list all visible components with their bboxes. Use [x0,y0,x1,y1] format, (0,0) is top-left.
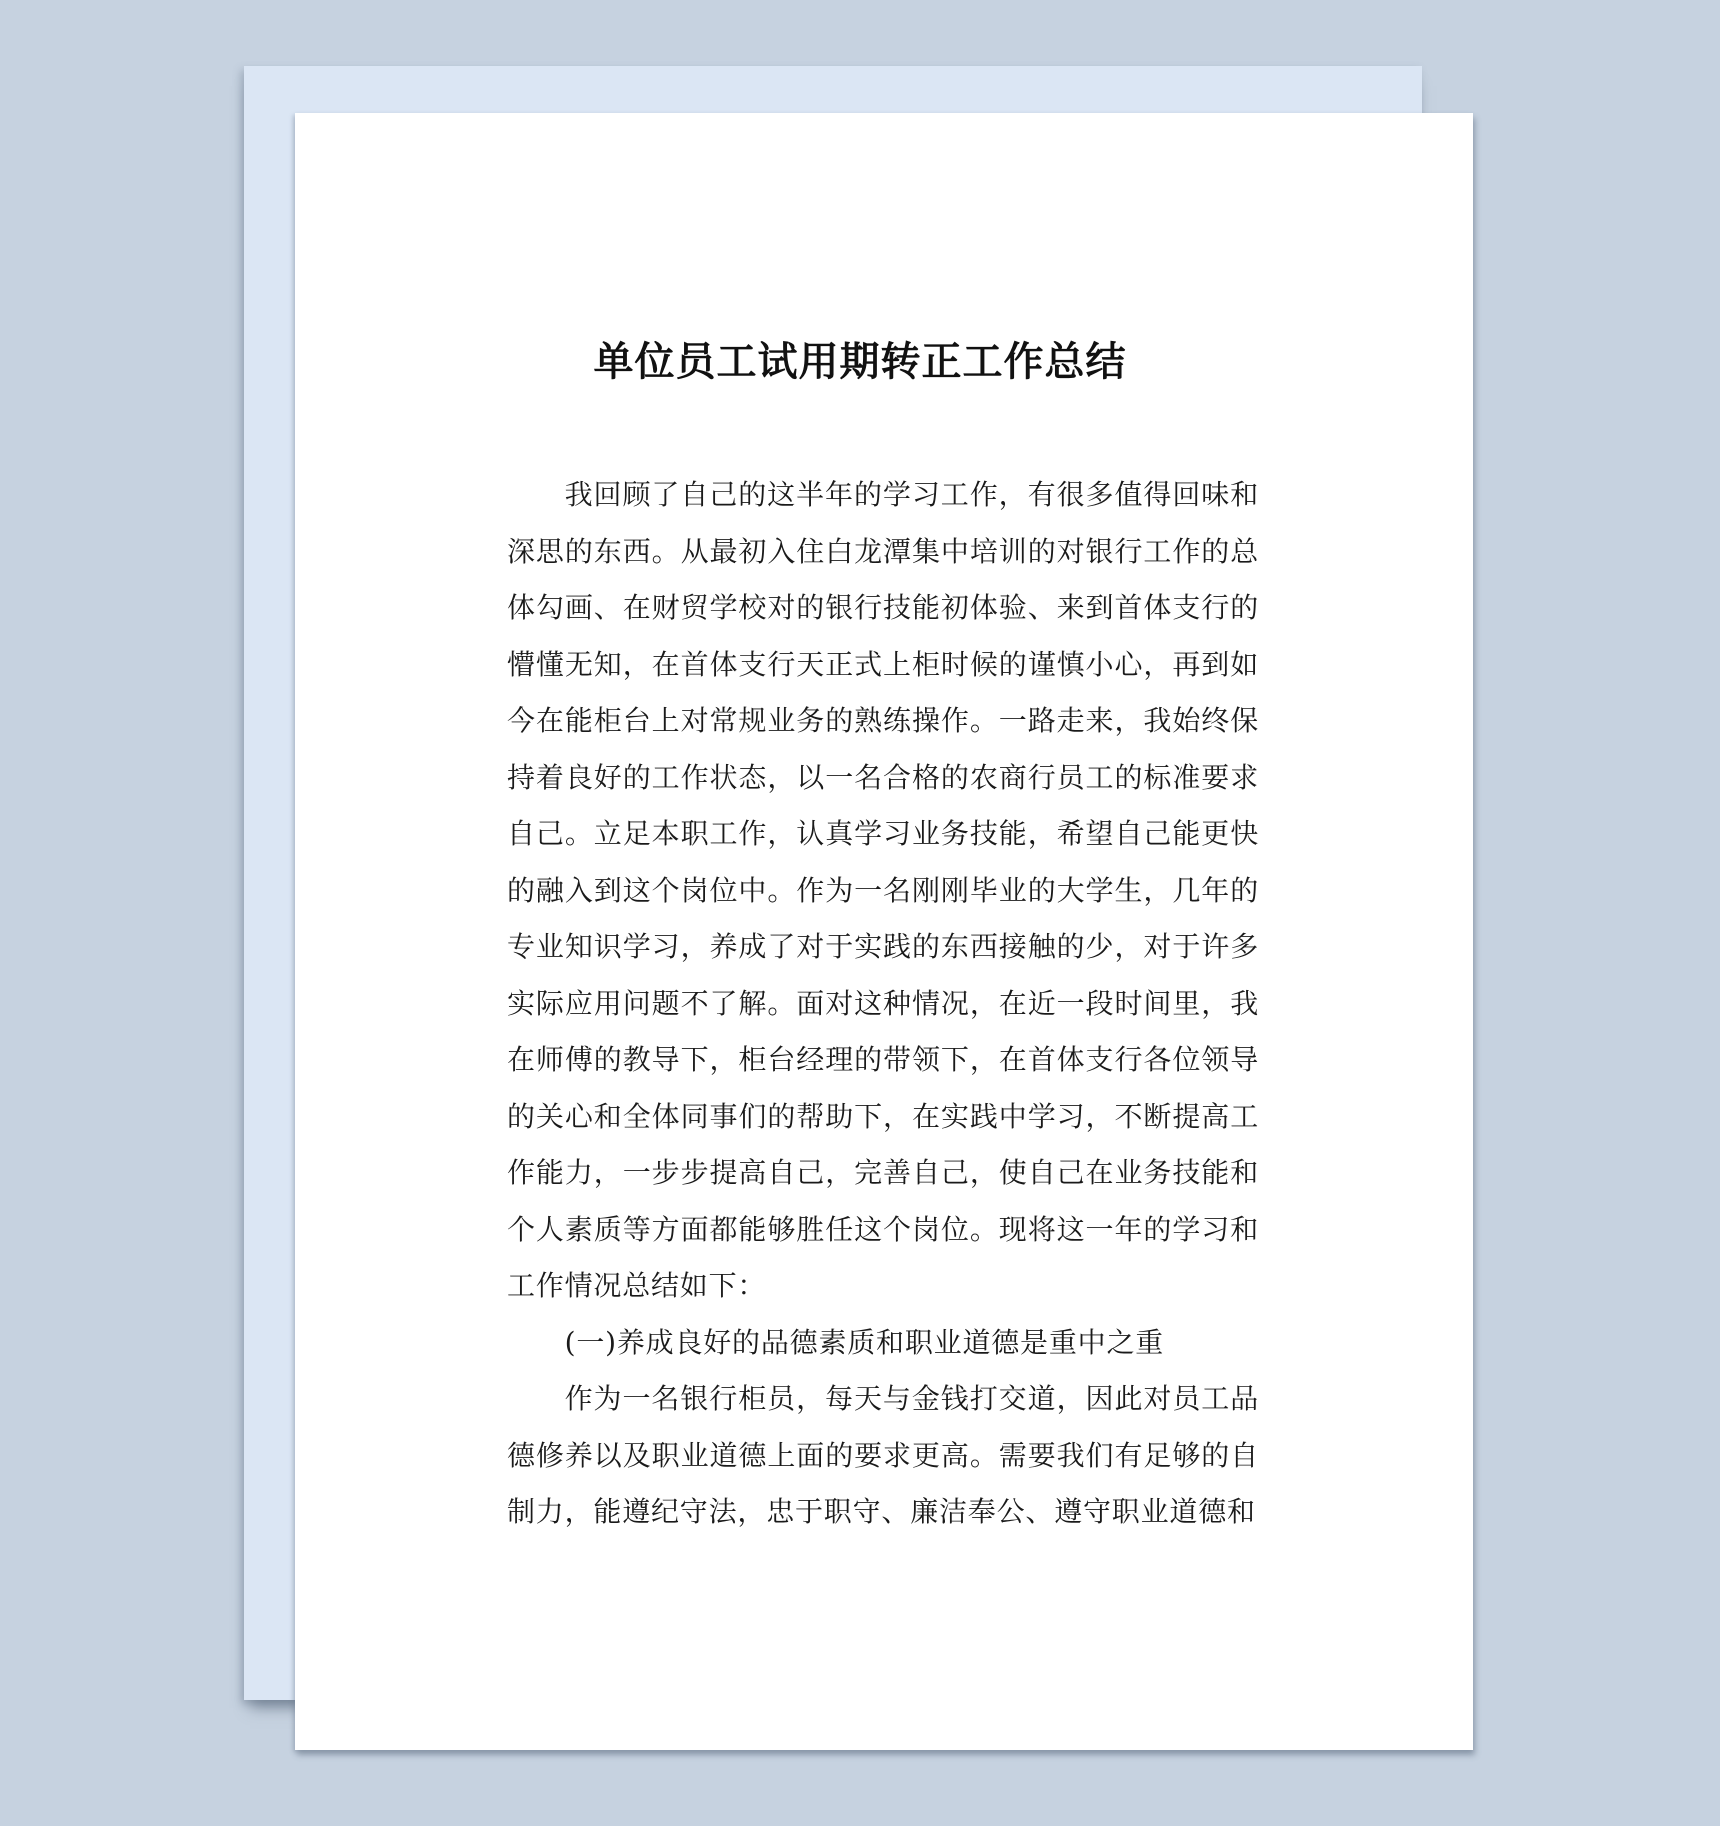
document-body: 我回顾了自己的这半年的学习工作，有很多值得回味和深思的东西。从最初入住白龙潭集中… [507,467,1259,1541]
paragraph-section-1: 作为一名银行柜员，每天与金钱打交道，因此对员工品德修养以及职业道德上面的要求更高… [507,1371,1259,1541]
document-title: 单位员工试用期转正工作总结 [0,334,1720,390]
section-heading-1: (一)养成良好的品德素质和职业道德是重中之重 [507,1315,1259,1372]
paragraph-intro: 我回顾了自己的这半年的学习工作，有很多值得回味和深思的东西。从最初入住白龙潭集中… [507,467,1259,1315]
